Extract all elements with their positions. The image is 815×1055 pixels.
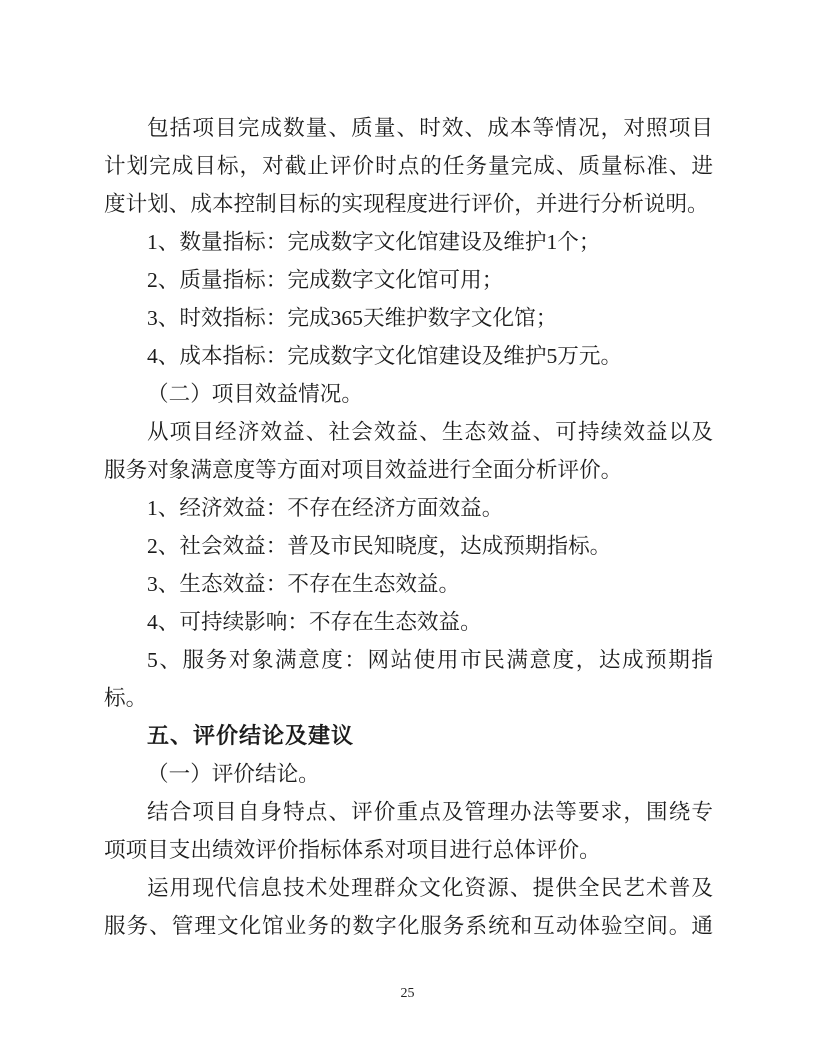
paragraph-line: （二）项目效益情况。 — [104, 375, 713, 413]
paragraph-line: 从项目经济效益、社会效益、生态效益、可持续效益以及 — [104, 413, 713, 451]
paragraph-line: 4、可持续影响：不存在生态效益。 — [104, 603, 713, 641]
paragraph-line: 运用现代信息技术处理群众文化资源、提供全民艺术普及 — [104, 869, 713, 907]
paragraph-line: 包括项目完成数量、质量、时效、成本等情况，对照项目 — [104, 109, 713, 147]
paragraph-line: 2、质量指标：完成数字文化馆可用； — [104, 261, 713, 299]
document-content: 包括项目完成数量、质量、时效、成本等情况，对照项目计划完成目标，对截止评价时点的… — [104, 109, 713, 945]
paragraph-line: 1、数量指标：完成数字文化馆建设及维护1个； — [104, 223, 713, 261]
paragraph-line: 3、生态效益：不存在生态效益。 — [104, 565, 713, 603]
paragraph-line: 服务对象满意度等方面对项目效益进行全面分析评价。 — [104, 451, 713, 489]
page-number: 25 — [0, 986, 815, 1002]
paragraph-line: 服务、管理文化馆业务的数字化服务系统和互动体验空间。通 — [104, 907, 713, 945]
paragraph-line: 度计划、成本控制目标的实现程度进行评价，并进行分析说明。 — [104, 185, 713, 223]
paragraph-line: 结合项目自身特点、评价重点及管理办法等要求，围绕专 — [104, 793, 713, 831]
paragraph-line: 2、社会效益：普及市民知晓度，达成预期指标。 — [104, 527, 713, 565]
paragraph-line: （一）评价结论。 — [104, 755, 713, 793]
paragraph-line: 3、时效指标：完成365天维护数字文化馆； — [104, 299, 713, 337]
paragraph-line: 4、成本指标：完成数字文化馆建设及维护5万元。 — [104, 337, 713, 375]
paragraph-line: 5、服务对象满意度：网站使用市民满意度，达成预期指 — [104, 641, 713, 679]
section-heading: 五、评价结论及建议 — [104, 717, 713, 755]
paragraph-line: 计划完成目标，对截止评价时点的任务量完成、质量标准、进 — [104, 147, 713, 185]
paragraph-line: 标。 — [104, 679, 713, 717]
document-page: 包括项目完成数量、质量、时效、成本等情况，对照项目计划完成目标，对截止评价时点的… — [0, 0, 815, 1055]
paragraph-line: 项项目支出绩效评价指标体系对项目进行总体评价。 — [104, 831, 713, 869]
paragraph-line: 1、经济效益：不存在经济方面效益。 — [104, 489, 713, 527]
